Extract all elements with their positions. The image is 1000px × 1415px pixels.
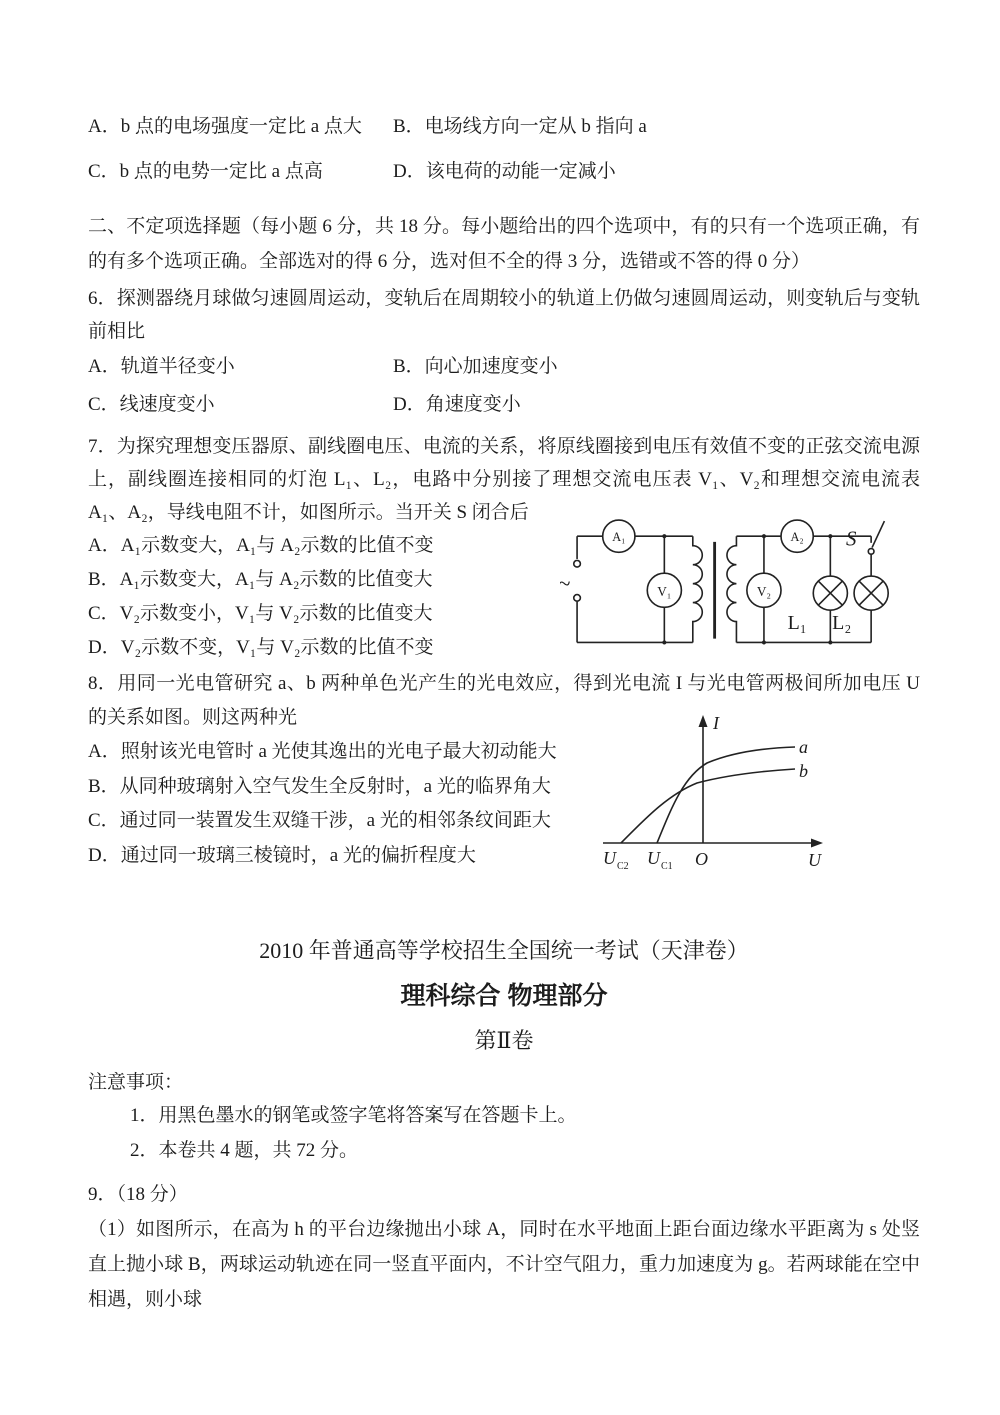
primary-coil <box>693 536 702 642</box>
switch-blade <box>872 521 884 548</box>
notes-section: 注意事项： 1．用黑色墨水的钢笔或签字笔将答案写在答题卡上。 2．本卷共 4 题… <box>88 1068 920 1168</box>
curve-a-label: a <box>799 737 808 757</box>
x-axis-arrow-icon <box>811 839 823 848</box>
lamp-2-icon <box>854 576 888 610</box>
q6-option-b: B．向心加速度变小 <box>393 350 558 383</box>
question-7: 7．为探究理想变压器原、副线圈电压、电流的关系，将原线圈接到电压有效值不变的正弦… <box>88 430 920 665</box>
question-6-options: A．轨道半径变小 B．向心加速度变小 C．线速度变小 D．角速度变小 <box>88 350 920 421</box>
notes-header: 注意事项： <box>88 1068 920 1098</box>
y-axis-label: I <box>712 713 720 733</box>
exam-title: 2010 年普通高等学校招生全国统一考试（天津卷） <box>88 936 920 966</box>
x-axis-label: U <box>808 850 822 870</box>
option-row: A．轨道半径变小 B．向心加速度变小 <box>88 350 920 383</box>
question-9-number: 9．（18 分） <box>88 1177 920 1212</box>
q7-option-b: B．A₁示数变大，A₁与 A₂示数的比值变大 <box>88 563 558 597</box>
curve-b-label: b <box>799 761 808 781</box>
q8-option-a: A．照射该光电管时 a 光使其逸出的光电子最大初动能大 <box>88 735 588 770</box>
option-row: C．b 点的电势一定比 a 点高 D．该电荷的动能一定减小 <box>88 155 920 188</box>
stopping-voltage-2-label: U <box>603 848 617 868</box>
ac-source-icon: ~ <box>560 571 570 596</box>
question-8: 8．用同一光电管研究 a、b 两种单色光产生的光电效应，得到光电流 I 与光电管… <box>88 667 920 873</box>
q5-option-a: A．b 点的电场强度一定比 a 点大 <box>88 110 393 143</box>
ammeter-1-label: A₁ <box>612 530 625 544</box>
question-6-stem: 6．探测器绕月球做匀速圆周运动，变轨后在周期较小的轨道上仍做匀速圆周运动，则变轨… <box>88 282 920 348</box>
origin-label: O <box>695 849 708 869</box>
q7-option-a: A．A₁示数变大，A₁与 A₂示数的比值不变 <box>88 529 558 563</box>
notes-item-2: 2．本卷共 4 题，共 72 分。 <box>88 1133 920 1168</box>
question-7-options: A．A₁示数变大，A₁与 A₂示数的比值不变 B．A₁示数变大，A₁与 A₂示数… <box>88 529 558 665</box>
option-row: C．线速度变小 D．角速度变小 <box>88 388 920 421</box>
voltmeter-1-label: V₁ <box>657 584 671 599</box>
q6-option-a: A．轨道半径变小 <box>88 350 393 383</box>
q7-option-c: C．V₂示数变小，V₁与 V₂示数的比值变大 <box>88 597 558 631</box>
stopping-voltage-1-label: U <box>647 848 661 868</box>
lamp-1-label: L₁ <box>788 612 807 634</box>
photocurrent-graph-figure: I U O a b U C2 U C1 <box>595 705 832 877</box>
q5-option-c: C．b 点的电势一定比 a 点高 <box>88 155 393 188</box>
lamp-2-label: L₂ <box>832 612 851 634</box>
q5-option-b: B．电场线方向一定从 b 指向 a <box>393 110 647 143</box>
secondary-loop <box>727 520 888 642</box>
lamp-1-icon <box>813 576 847 610</box>
question-8-options: A．照射该光电管时 a 光使其逸出的光电子最大初动能大 B．从同种玻璃射入空气发… <box>88 735 588 873</box>
exam-page: A．b 点的电场强度一定比 a 点大 B．电场线方向一定从 b 指向 a C．b… <box>0 0 1000 1415</box>
paper-titles: 2010 年普通高等学校招生全国统一考试（天津卷） 理科综合 物理部分 第Ⅱ卷 <box>88 936 920 1056</box>
question-9-part-1: （1）如图所示，在高为 h 的平台边缘抛出小球 A，同时在水平地面上距台面边缘水… <box>88 1212 920 1317</box>
switch-pivot-icon <box>868 549 874 555</box>
curve-b <box>621 769 795 843</box>
primary-loop <box>574 520 703 642</box>
ammeter-2-label: A₂ <box>791 530 804 544</box>
transformer-circuit-figure: A₁ V₁ A₂ V₂ L₁ L₂ S ~ <box>560 500 892 654</box>
q8-option-b: B．从同种玻璃射入空气发生全反射时，a 光的临界角大 <box>88 770 588 805</box>
notes-item-1: 1．用黑色墨水的钢笔或签字笔将答案写在答题卡上。 <box>88 1098 920 1133</box>
subject-title: 理科综合 物理部分 <box>88 979 920 1013</box>
source-terminal-icon <box>574 595 581 602</box>
volume-title: 第Ⅱ卷 <box>88 1026 920 1056</box>
curve-a <box>657 747 795 843</box>
secondary-coil <box>727 536 736 642</box>
source-terminal-icon <box>574 560 581 567</box>
option-row: A．b 点的电场强度一定比 a 点大 B．电场线方向一定从 b 指向 a <box>88 110 920 143</box>
voltmeter-2-label: V₂ <box>757 584 771 599</box>
switch-label: S <box>846 527 857 551</box>
stopping-voltage-2-sub: C2 <box>617 861 629 872</box>
q5-option-d: D．该电荷的动能一定减小 <box>393 155 616 188</box>
question-5-options: A．b 点的电场强度一定比 a 点大 B．电场线方向一定从 b 指向 a C．b… <box>88 110 920 188</box>
section-2-intro: 二、不定项选择题（每小题 6 分，共 18 分。每小题给出的四个选项中，有的只有… <box>88 209 920 279</box>
q8-option-d: D．通过同一玻璃三棱镜时，a 光的偏折程度大 <box>88 839 588 874</box>
q6-option-c: C．线速度变小 <box>88 388 393 421</box>
q6-option-d: D．角速度变小 <box>393 388 521 421</box>
q7-option-d: D．V₂示数不变，V₁与 V₂示数的比值不变 <box>88 631 558 665</box>
q8-option-c: C．通过同一装置发生双缝干涉，a 光的相邻条纹间距大 <box>88 804 588 839</box>
stopping-voltage-1-sub: C1 <box>661 861 673 872</box>
y-axis-arrow-icon <box>699 715 708 727</box>
